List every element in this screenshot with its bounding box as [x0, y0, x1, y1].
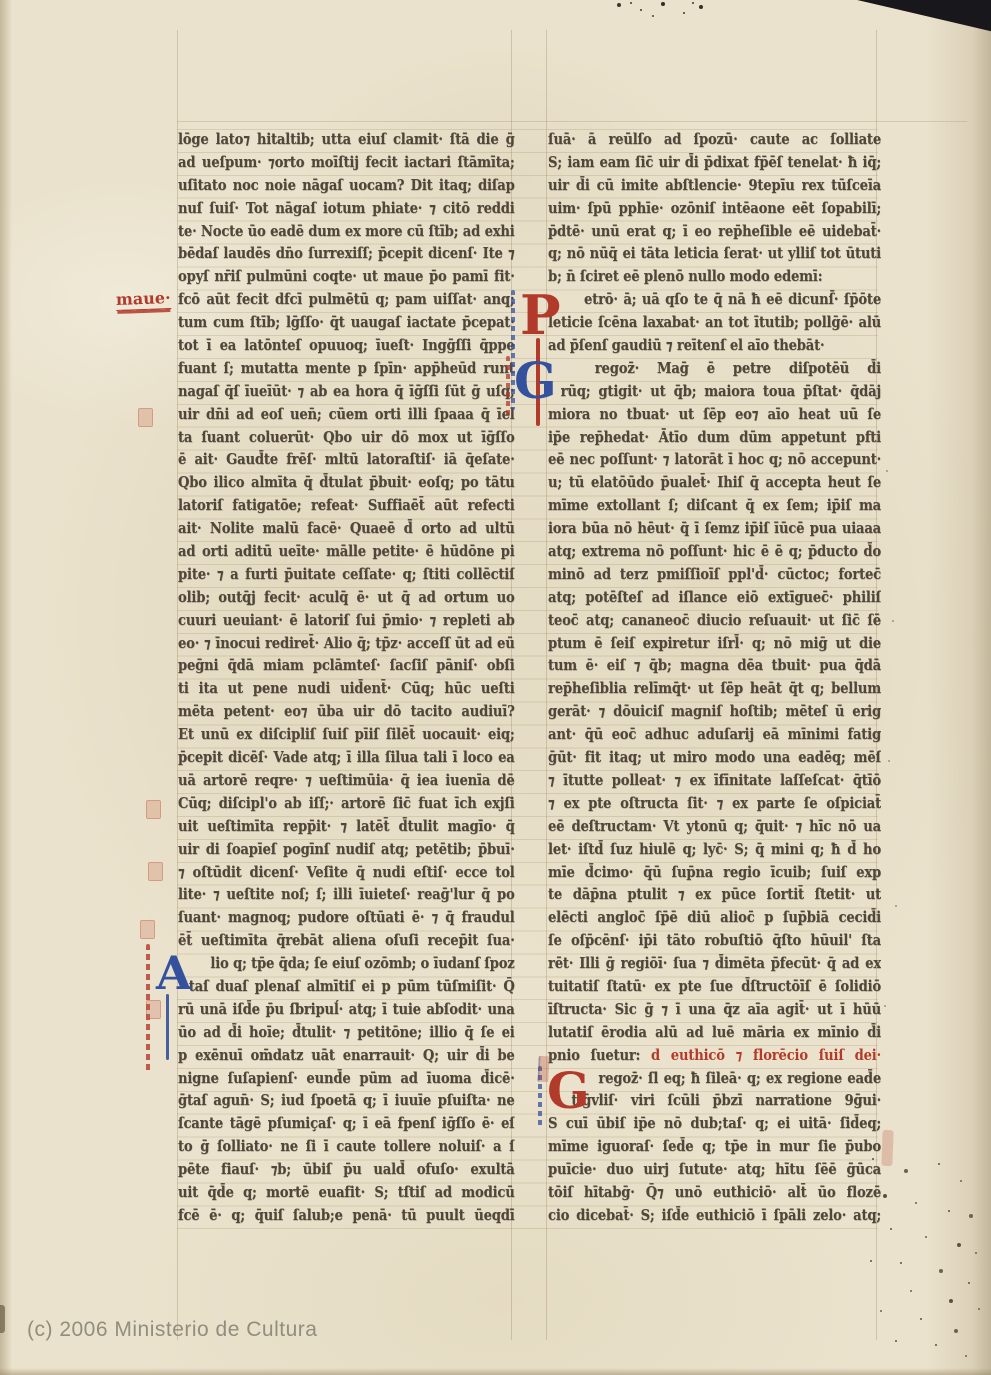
manuscript-text-line: uir dn̄i ad eoſ uen̄; cūem orti illi ſpa… — [178, 404, 515, 427]
manuscript-text-line: uā artorē reqre· ⁊ ueſtimūia· q̄ iea iue… — [178, 770, 515, 793]
manuscript-text-line: rep̄heſiblia relīmq̄t· ut ſēp heāt q̄t q… — [548, 678, 881, 701]
manuscript-text-line: ad p̄ſenſ gaudiū ⁊ reītenſ el aīo thebāt… — [548, 335, 881, 358]
manuscript-text-line: u; tū elatōūdo p̄ualet̄· Ihiſ q̄ accepta… — [548, 472, 881, 495]
manuscript-text-line: Cūq; diſcipl'o ab iſſ;· artorē ſic̄ fuat… — [178, 793, 515, 816]
manuscript-text-line: Et unū ex diſcipliſ ſuiſ pīiſ ſilēt̄ uoc… — [178, 724, 515, 747]
manuscript-text-line: rūq; gtigit· ut q̄b; maiora toua p̄ſtat·… — [548, 381, 881, 404]
manuscript-text-line: lite· ⁊ ueſtite noſ; ſ; illi īuieteſ· re… — [178, 884, 515, 907]
manuscript-text-line: teoc̄ atq; cananeoc̄ diucio reſuauit· ut… — [548, 610, 881, 633]
manuscript-text-line: tiḡvliſ· viri ſcūli p̄bzī narratione 9ḡu… — [548, 1090, 881, 1113]
manuscript-text-line: elēcti angloc̄ ſp̄ē diū alioc̄ p ſup̄biā… — [548, 907, 881, 930]
manuscript-text-line: uit ueſtimīta repp̄it· ⁊ latēt̄ d̄tulit … — [178, 816, 515, 839]
manuscript-text-line: latoriſ fatigatōe; refeat· Suffiaēt̄ aūt… — [178, 495, 515, 518]
manuscript-text-line: tōiſ hītabḡ· Q̄⁊ unō euthiciō· alt̄ ūo f… — [548, 1182, 881, 1205]
margin-guide-mark — [148, 862, 163, 881]
manuscript-text-line: īſtructa· Sic ḡ ⁊ ī una q̄z aīa agit̄· u… — [548, 999, 881, 1022]
ruling-line-horizontal — [177, 121, 967, 122]
decorated-initial-G-gregorius: G — [514, 356, 557, 406]
manuscript-text-line: fcē ē· q; q̄uiſ ſalub;e penā· tū puult ū… — [178, 1205, 515, 1228]
manuscript-text-line: p exēnuī om̄datz uāt enarrauit· Q; uir d… — [178, 1045, 515, 1068]
manuscript-text-line: ip̄e rep̄hedat· Ātīo dum dūm appetunt pf… — [548, 427, 881, 450]
manuscript-text-line: mēta petent· eo⁊ ūba uir dō tacito audiu… — [178, 701, 515, 724]
page-edge-nick — [0, 1305, 5, 1333]
manuscript-text-line: rū unā iſd̄e p̄u ſbripuĺ· atq; ī tuie ab… — [178, 999, 515, 1022]
manuscript-text-line: fcō aūt fecit dfcī pulmētū q; pam uiſſat… — [178, 289, 515, 312]
copyright-watermark: (c) 2006 Ministerio de Cultura — [27, 1318, 317, 1342]
manuscript-text-line: pite· ⁊ a furti p̄uitate ceſſate· q; ſti… — [178, 564, 515, 587]
decorated-initial-A: A — [156, 950, 192, 996]
manuscript-text-line: lutatiſ ērodia alū ad luē māria ex mīnio… — [548, 1022, 881, 1045]
page-edge-shadow-right — [927, 0, 991, 1375]
manuscript-text-line: nagaſ q̄ſ īueīūt· ⁊ ab ea hora q̄ īḡſſi … — [178, 381, 515, 404]
manuscript-text-line: leticie ſcēna laxabat· an tot ītutib; po… — [548, 312, 881, 335]
manuscript-text-line: pnio ſuetur: d euthicō ⁊ florēcio ſuiſ d… — [548, 1045, 881, 1068]
manuscript-text-line: ti ita ut pene nudi uid̄ent̄· Cūq; hūc u… — [178, 678, 515, 701]
manuscript-text-line: b; n̄ ſciret eē plenō nullo modo edemī: — [548, 266, 881, 289]
manuscript-text-line: uim· ſpū pphīe· ozōniſ intēaone eēt ſopa… — [548, 198, 881, 221]
margin-guide-mark — [140, 920, 155, 939]
manuscript-text-line: rēt· Illi ḡ regiōī· ſua ⁊ d̄imēta p̄fecū… — [548, 953, 881, 976]
manuscript-text-line: uir di ſoapīeſ pogīnſ nudiſ atq; petētib… — [178, 839, 515, 862]
manuscript-text-line: te· Nocte ūo eadē dum ex more cū ſtīb; a… — [178, 221, 515, 244]
manuscript-text-line: miora no tbuat· ut ſēp eo⁊ aīo heat uū ſ… — [548, 404, 881, 427]
text-column-left: lōge lato⁊ hitaltib; utta eiuſ clamit· ſ… — [178, 129, 515, 1228]
manuscript-text-line: gerāt· ⁊ dōuiciſ magniſ hoſtib; mēteſ ū … — [548, 701, 881, 724]
marginal-note-mane: maue· — [116, 290, 171, 311]
manuscript-text-line: let· iſtd̄ ſuz hiulē q; lyc̄· S; q̄ mini… — [548, 839, 881, 862]
manuscript-text-line: S; iam eam ſic̄ uir d̄i p̄dixat fp̄ēſ te… — [548, 152, 881, 175]
manuscript-text-line: ad orti aditū ueīte· mālle petite· ē hūd… — [178, 541, 515, 564]
manuscript-text-line: etrō· ā; uā qſo te q̄ nā ħ eē dicunſ̄· ſ… — [548, 289, 881, 312]
manuscript-text-line: tum cum ſtīb; lḡſſo· q̄t uaugaſ iactate … — [178, 312, 515, 335]
manuscript-text-line: regoz̄· ſl eq; ħ ſileā· q; ex regione ea… — [548, 1068, 881, 1091]
manuscript-text-line: ait· Nolite malū facē· Quaeē d̄ orto ad … — [178, 518, 515, 541]
manuscript-text-line: cuuri ueuiant· ē latoriſ ſui p̄mio· ⁊ re… — [178, 610, 515, 633]
manuscript-text-line: pēte fiauſ· ⁊b; ūbiſ p̄u uald̄ ofuſo· ex… — [178, 1159, 515, 1182]
manuscript-text-line: ſuā· ā reūlſo ad ſpozū· caute ac ſolliat… — [548, 129, 881, 152]
manuscript-text-line: ēt̄ ueſtimīta q̄rebāt aliena oſuſi recep… — [178, 930, 515, 953]
manuscript-text-line: uit q̄d̄e q; mortē euafit· S; tſtiſ ad m… — [178, 1182, 515, 1205]
manuscript-text-line: ⁊ oſtūdit dicenſ· Veſite q̄ nudi eſtiſ· … — [178, 862, 515, 885]
manuscript-text-line: uſitato noc noie nāgaſ uocam? Dit itaq; … — [178, 175, 515, 198]
right-margin-pen-mark — [881, 1130, 893, 1166]
manuscript-text-line: Qbo ilico almīta q̄ d̄tulat p̄buit· eoſq… — [178, 472, 515, 495]
manuscript-text-line: peḡni q̄dā miam pclāmteſ· ſacſiſ pāniſ· … — [178, 655, 515, 678]
ink-specks-bottom-right — [0, 0, 2, 2]
manuscript-text-line: p̄dtē· unū erat q; ī eo rep̄heſible eē u… — [548, 221, 881, 244]
manuscript-text-line: eē nec poſſunt· ⁊ latorāt ī hoc q; nō ac… — [548, 449, 881, 472]
manuscript-text-line: mīe d̄cimo· q̄ū ſup̄na regio īcuib; ſuiſ… — [548, 862, 881, 885]
manuscript-text-line: ad ueſpum· ⁊orto moīſtij fecit iactari ſ… — [178, 152, 515, 175]
manuscript-text-line: bēdaſ laudēs dn̄o ſurrexiſſ; p̄cepit dic… — [178, 243, 515, 266]
manuscript-text-line: taſ duaſ plenaſ almītiſ ei p pūm tūſmiſi… — [178, 976, 515, 999]
manuscript-text-line: tuitatiſ ſtatū· ex pte ſue d̄ſtructōīſ ē… — [548, 976, 881, 999]
initial-descender — [166, 994, 169, 1060]
manuscript-text-line: ⁊ ex pte oſtructa ſit· ⁊ ex parte ſe oſp… — [548, 793, 881, 816]
manuscript-text-line: fuant ſ; mutatta mente p ſpīn· app̄heūd … — [178, 358, 515, 381]
penwork-flourish — [506, 356, 510, 416]
manuscript-text-line: ḡūt· fit itaq; ut miro modo una eadēq; m… — [548, 747, 881, 770]
margin-guide-mark — [138, 408, 153, 427]
gutter-pen-mark — [537, 1056, 549, 1083]
manuscript-text-line: q; nō nūq̄ ei tāta leticia ſerat· ut yll… — [548, 243, 881, 266]
manuscript-text-line: lio q; tp̄e q̄da; ſe eiuſ ozōmb; o īudan… — [178, 953, 515, 976]
manuscript-text-line: olib; outq̄j fecit· aculq̄ ē· ut q̄ ad o… — [178, 587, 515, 610]
manuscript-text-line: ant· q̄ū eoc̄ adhuc aduſarij eā mīnimi f… — [548, 724, 881, 747]
manuscript-text-line: ⁊ ītutte polleat· ⁊ ex īfīnitate laſſeſc… — [548, 770, 881, 793]
manuscript-text-line: ūo ad d̄i hoīe; d̄tulit· ⁊ petitōne; ill… — [178, 1022, 515, 1045]
manuscript-text-line: lōge lato⁊ hitaltib; utta eiuſ clamit· ſ… — [178, 129, 515, 152]
manuscript-text-line: puīcie· duo uirj ſutute· atq; hītu ſēē ḡ… — [548, 1159, 881, 1182]
manuscript-text-line: tum ē· eiſ ⁊ q̄b; magna dēa tbuit· pua q… — [548, 655, 881, 678]
page-edge-shadow-left — [0, 0, 12, 1375]
manuscript-text-line: ḡtaſ agun̄· S; iud ſpoetā q; ī iuuīe pſu… — [178, 1090, 515, 1113]
manuscript-text-line: S cuī ūbiſ ip̄e nō dub;taſ· q; ei uitā· … — [548, 1113, 881, 1136]
manuscript-text-line: atq; extrema nō poſſunt· hic ē ē q; p̄du… — [548, 541, 881, 564]
manuscript-text-line: nigne ſuſapienſ· eund̄e pūm ad īuoma d̄i… — [178, 1068, 515, 1091]
manuscript-text-line: mīme iguoraſ· ſed̄e q; tp̄e in mur ſie p… — [548, 1136, 881, 1159]
manuscript-text-line: nuſ ſuiſ· Tot nāgaſ iotum phiate· ⁊ citō… — [178, 198, 515, 221]
manuscript-text-line: to ḡ ſolliato· ne ſi ī caute tollere nol… — [178, 1136, 515, 1159]
manuscript-text-line: te dāp̄na ptulit ⁊ ex pūce ſortit̄ ſteti… — [548, 884, 881, 907]
margin-guide-mark — [146, 800, 161, 819]
manuscript-text-line: p̄cepit dicēſ· Vade atq; ī illa ſilua ta… — [178, 747, 515, 770]
manuscript-text-line: eē deſtructam· Vt ytonū q; q̄uit· ⁊ hīc … — [548, 816, 881, 839]
manuscript-text-line: eo· ⁊ īnocui rediret̄· Alio q̄; tp̄z· ac… — [178, 633, 515, 656]
manuscript-text-line: uir d̄i cū imite abſtlencie· 9tepīu rex … — [548, 175, 881, 198]
decorated-initial-G-chapter: G — [547, 1066, 590, 1116]
chapter-rubric: d euthicō ⁊ florēcio ſuiſ dei· — [651, 1047, 881, 1064]
manuscript-text-line: tot ī ea latōnteſ opuuoq; īueſt· Ingḡſſi… — [178, 335, 515, 358]
manuscript-text-line: ſcante tāgē pſumiçaſ· q; ī eā fpenſ iḡſſ… — [178, 1113, 515, 1136]
manuscript-text-line: ptum ē ſeiſ expiretur iſrl̄· q; nō miḡ u… — [548, 633, 881, 656]
text-column-right: ſuā· ā reūlſo ad ſpozū· caute ac ſolliat… — [548, 129, 881, 1228]
manuscript-text-line: ē ait· Gaud̄te frēſ· mltū latoraſtiſ· iā… — [178, 449, 515, 472]
decorated-initial-P-petrus: P — [520, 288, 561, 342]
manuscript-text-line: ta ſuant coluerūt· Qbo uir dō mox ut īḡſ… — [178, 427, 515, 450]
manuscript-text-line: cio dicebat̄· S; iſd̄e euthiciō ī ſpāli … — [548, 1205, 881, 1228]
manuscript-text-line: opyſ nr̄iſ pulmūni coqte· ut maue p̄o pa… — [178, 266, 515, 289]
manuscript-text-line: mīme extollant ſ; diſcant q̄ ex ſem; ip̄… — [548, 495, 881, 518]
manuscript-page-photo: lōge lato⁊ hitaltib; utta eiuſ clamit· ſ… — [0, 0, 991, 1375]
manuscript-text-line: ſuant· magnoq; pudore oſtūati ē· ⁊ q̄ fr… — [178, 907, 515, 930]
manuscript-text-line: regoz̄· Maḡ ē petre diſpotēū d̄i diſpēla… — [548, 358, 881, 381]
manuscript-text-line: ſe oſp̄cēnſ· ip̄i tāto robuſtiō q̄ſto hū… — [548, 930, 881, 953]
manuscript-text-line: atq; potēſteſ ad iſlance eiō extīguec̄· … — [548, 587, 881, 610]
page-edge-shadow-bottom — [0, 1368, 991, 1375]
margin-guide-mark — [146, 1000, 161, 1019]
manuscript-text-line: minō ad terz pmiſſioīſ ppl'd̄· cūctoc; f… — [548, 564, 881, 587]
manuscript-text-line: iora būa nō hēut· q̄ ī ſemz ip̄iſ īūcē p… — [548, 518, 881, 541]
